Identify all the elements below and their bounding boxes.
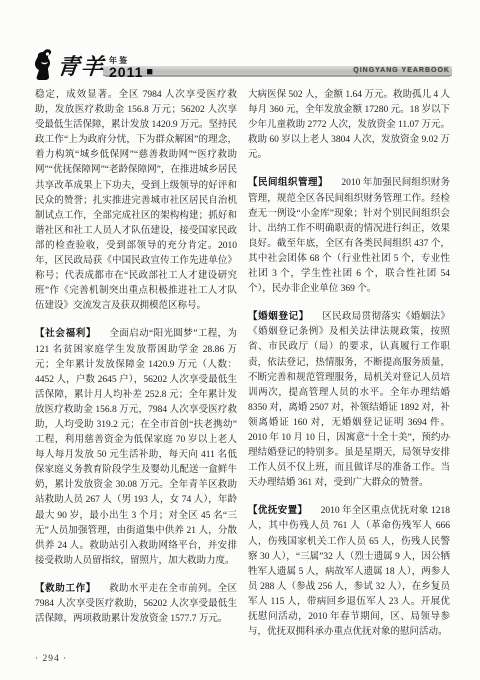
section-marriage-registration: 【婚姻登记】区民政局贯彻落实《婚姻法》《婚姻登记条例》及相关法律法规政策，按照省…: [248, 310, 450, 491]
yearbook-scanned-page: QINGYANG YEARBOOK 青羊 年鉴 2011 ■ 稳定，成效显著。全…: [0, 0, 480, 680]
section-text: 全面启动“阳光圆梦”工程，为 121 名贫困家庭学生发放帮困助学金 28.86 …: [35, 329, 237, 565]
right-column: 大病医保 502 人，金额 1.64 万元。救助孤儿 4 人每月 360 元，全…: [248, 88, 450, 646]
section-social-welfare: 【社会福利】全面启动“阳光圆梦”工程，为 121 名贫困家庭学生发放帮困助学金 …: [35, 327, 237, 569]
left-column: 稳定，成效显著。全区 7984 人次享受医疗救助，发放医疗救助金 156.8 万…: [35, 88, 237, 646]
yearbook-title-calligraphy: 青羊: [56, 56, 107, 80]
yearbook-logo: 青羊 年鉴 2011 ■: [33, 48, 153, 80]
section-veteran-support: 【优抚安置】2010 年全区重点优抚对象 1218 人，其中伤残人员 761 人…: [248, 504, 450, 640]
yearbook-english-title: QINGYANG YEARBOOK: [353, 67, 452, 74]
paragraph-continuation: 大病医保 502 人，金额 1.64 万元。救助孤儿 4 人每月 360 元，全…: [248, 88, 450, 163]
header-banner-bar: QINGYANG YEARBOOK: [103, 66, 452, 76]
section-text: 大病医保 502 人，金额 1.64 万元。救助孤儿 4 人每月 360 元，全…: [248, 90, 450, 160]
section-heading: 【民间组织管理】: [248, 178, 328, 188]
section-text: 2010 年全区重点优抚对象 1218 人，其中伤残人员 761 人（革命伤残军…: [248, 506, 450, 637]
section-heading: 【救助工作】: [35, 584, 96, 594]
paragraph-continuation: 稳定，成效显著。全区 7984 人次享受医疗救助，发放医疗救助金 156.8 万…: [35, 88, 237, 314]
section-text: 区民政局贯彻落实《婚姻法》《婚姻登记条例》及相关法律法规政策，按照省、市民政厅（…: [248, 312, 450, 488]
section-text: 2010 年加强民间组织财务管理，规范全区各民间组织财务管理工作。经检查无一例设…: [248, 178, 450, 294]
yearbook-title-stack: 年鉴 2011: [109, 57, 143, 80]
page-number: · 294 ·: [35, 654, 67, 664]
section-heading: 【婚姻登记】: [248, 312, 309, 322]
page-footer: · 294 ·: [35, 654, 67, 664]
goat-mascot-icon: [33, 48, 55, 80]
two-column-body: 稳定，成效显著。全区 7984 人次享受医疗救助，发放医疗救助金 156.8 万…: [35, 88, 450, 646]
section-heading: 【优抚安置】: [248, 506, 307, 516]
section-heading: 【社会福利】: [35, 329, 96, 339]
page-header: QINGYANG YEARBOOK 青羊 年鉴 2011 ■: [33, 42, 452, 80]
section-text: 稳定，成效显著。全区 7984 人次享受医疗救助，发放医疗救助金 156.8 万…: [35, 90, 237, 311]
yearbook-year: 2011: [109, 65, 143, 79]
logo-square-icon: ■: [146, 67, 153, 80]
section-ngo-management: 【民间组织管理】2010 年加强民间组织财务管理，规范全区各民间组织财务管理工作…: [248, 176, 450, 297]
section-relief-work: 【救助工作】救助水平走在全市前列。全区 7984 人次享受医疗救助，56202 …: [35, 582, 237, 627]
